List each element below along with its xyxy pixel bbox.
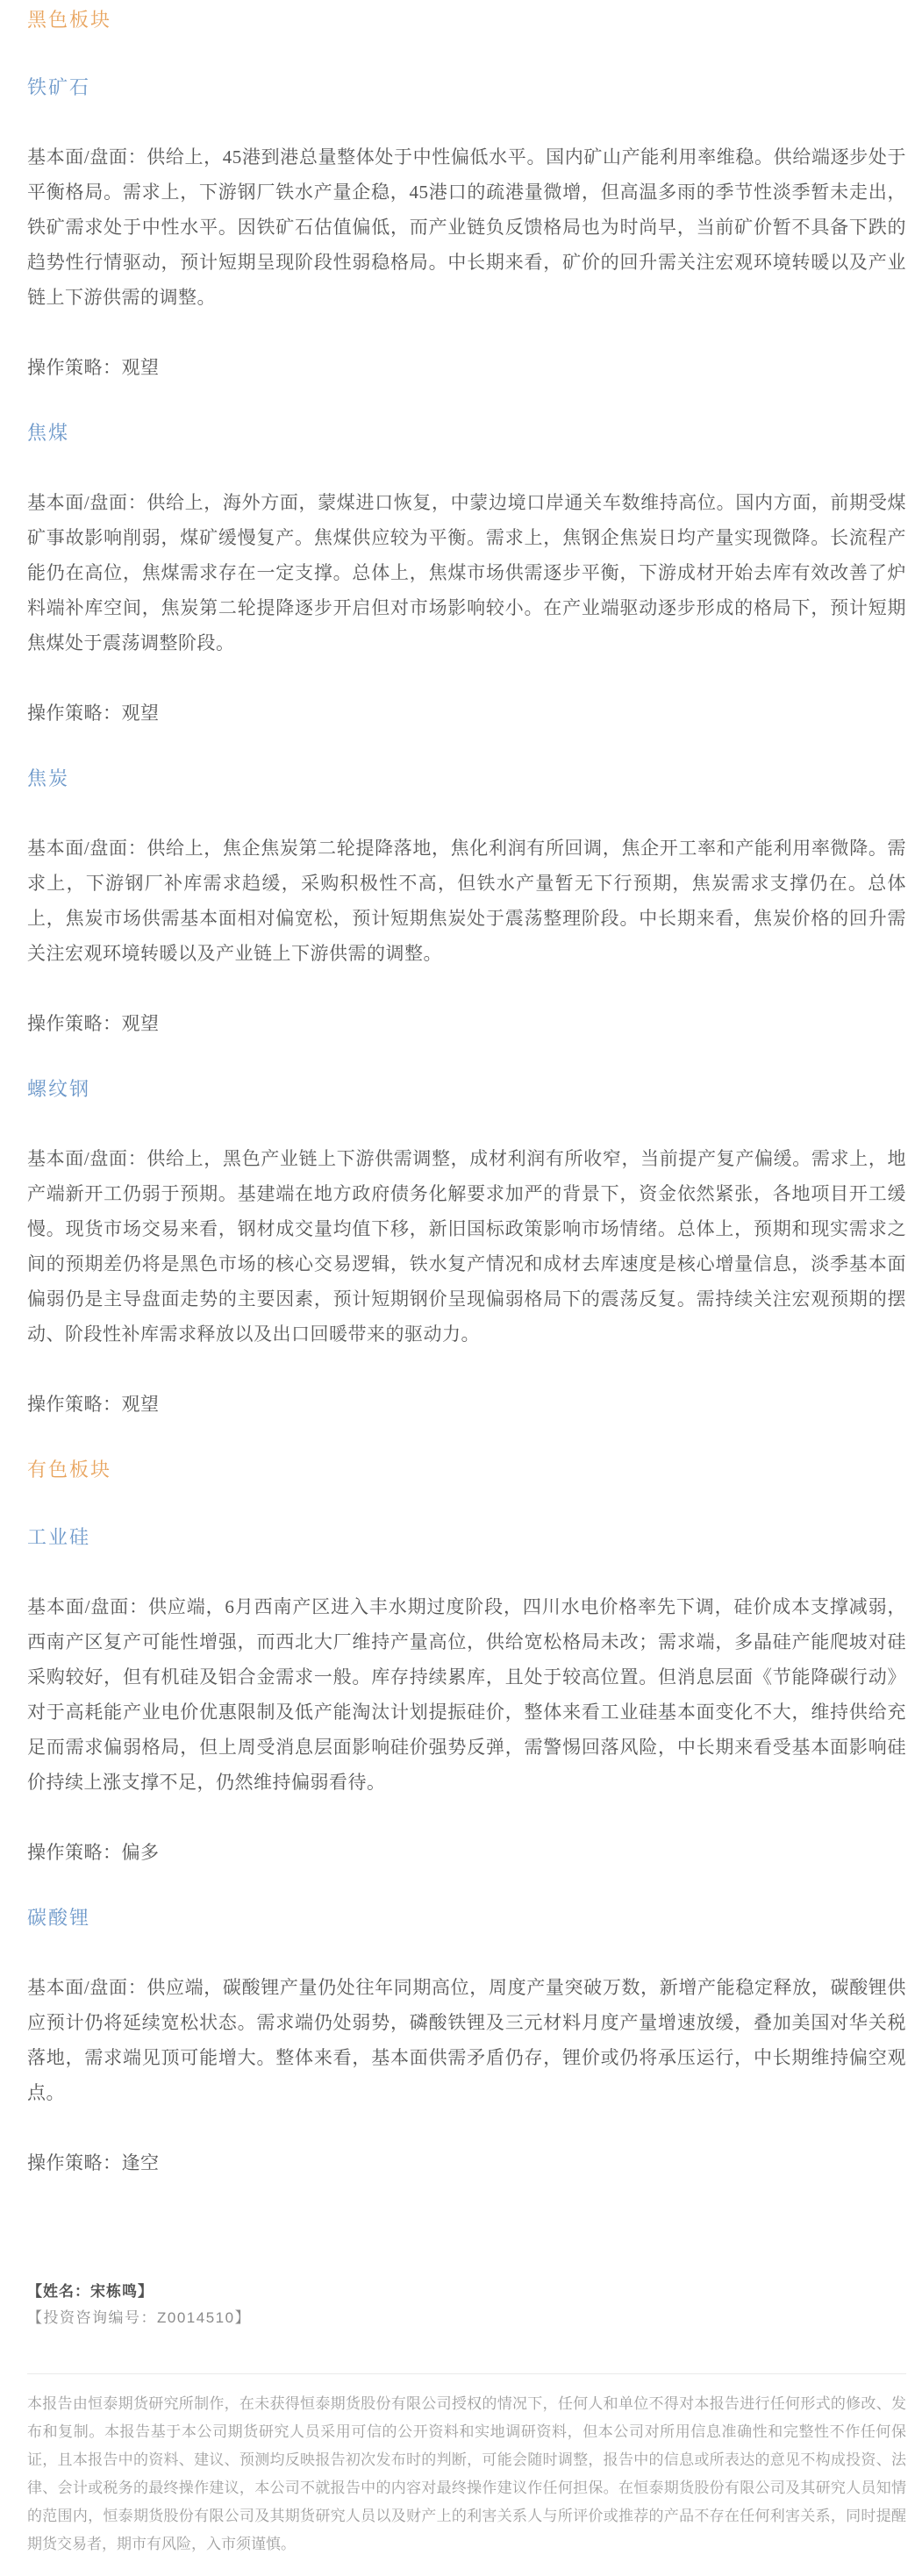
commodity-title-iron-ore: 铁矿石 [27, 75, 906, 101]
strategy-value-lithium-carbonate: 逢空 [122, 2152, 160, 2173]
commodity-title-rebar: 螺纹钢 [27, 1076, 906, 1102]
section-title-nonferrous-sector: 有色板块 [27, 1457, 906, 1483]
analysis-rebar: 基本面/盘面：供给上，黑色产业链上下游供需调整，成材利润有所收窄，当前提产复产偏… [27, 1141, 906, 1352]
commodity-block-lithium-carbonate: 碳酸锂 基本面/盘面：供应端，碳酸锂产量仍处往年同期高位，周度产量突破万数，新增… [27, 1905, 906, 2180]
strategy-label: 操作策略： [27, 703, 122, 724]
commodity-block-iron-ore: 铁矿石 基本面/盘面：供给上，45港到港总量整体处于中性偏低水平。国内矿山产能利… [27, 75, 906, 385]
commodity-block-industrial-silicon: 工业硅 基本面/盘面：供应端，6月西南产区进入丰水期过度阶段，四川水电价格率先下… [27, 1524, 906, 1870]
commodity-block-rebar: 螺纹钢 基本面/盘面：供给上，黑色产业链上下游供需调整，成材利润有所收窄，当前提… [27, 1076, 906, 1422]
author-block: 【姓名：宋栋鸣】 【投资咨询编号：Z0014510】 [27, 2279, 906, 2331]
section-nonferrous-sector: 有色板块 工业硅 基本面/盘面：供应端，6月西南产区进入丰水期过度阶段，四川水电… [27, 1457, 906, 2180]
strategy-label: 操作策略： [27, 1394, 122, 1415]
strategy-value-coke: 观望 [122, 1013, 160, 1034]
analysis-coke: 基本面/盘面：供给上，焦企焦炭第二轮提降落地，焦化利润有所回调，焦企开工率和产能… [27, 831, 906, 971]
commodity-block-coke: 焦炭 基本面/盘面：供给上，焦企焦炭第二轮提降落地，焦化利润有所回调，焦企开工率… [27, 766, 906, 1041]
strategy-line-coke: 操作策略：观望 [27, 1006, 906, 1041]
strategy-label: 操作策略： [27, 357, 122, 378]
report-page: 黑色板块 铁矿石 基本面/盘面：供给上，45港到港总量整体处于中性偏低水平。国内… [0, 0, 922, 2576]
strategy-value-industrial-silicon: 偏多 [122, 1842, 160, 1863]
commodity-block-coking-coal: 焦煤 基本面/盘面：供给上，海外方面，蒙煤进口恢复，中蒙边境口岸通关车数维持高位… [27, 420, 906, 731]
commodity-title-coke: 焦炭 [27, 766, 906, 792]
author-license-number: 【投资咨询编号：Z0014510】 [27, 2305, 906, 2331]
section-black-sector: 黑色板块 铁矿石 基本面/盘面：供给上，45港到港总量整体处于中性偏低水平。国内… [27, 7, 906, 1422]
analysis-industrial-silicon: 基本面/盘面：供应端，6月西南产区进入丰水期过度阶段，四川水电价格率先下调，硅价… [27, 1589, 906, 1800]
author-name: 【姓名：宋栋鸣】 [27, 2279, 906, 2305]
strategy-value-iron-ore: 观望 [122, 357, 160, 378]
strategy-value-coking-coal: 观望 [122, 703, 160, 724]
analysis-coking-coal: 基本面/盘面：供给上，海外方面，蒙煤进口恢复，中蒙边境口岸通关车数维持高位。国内… [27, 485, 906, 660]
strategy-label: 操作策略： [27, 1842, 122, 1863]
strategy-value-rebar: 观望 [122, 1394, 160, 1415]
strategy-label: 操作策略： [27, 1013, 122, 1034]
strategy-label: 操作策略： [27, 2152, 122, 2173]
analysis-iron-ore: 基本面/盘面：供给上，45港到港总量整体处于中性偏低水平。国内矿山产能利用率维稳… [27, 139, 906, 315]
strategy-line-lithium-carbonate: 操作策略：逢空 [27, 2145, 906, 2180]
section-title-black-sector: 黑色板块 [27, 7, 906, 33]
analysis-lithium-carbonate: 基本面/盘面：供应端，碳酸锂产量仍处往年同期高位，周度产量突破万数，新增产能稳定… [27, 1970, 906, 2110]
commodity-title-coking-coal: 焦煤 [27, 420, 906, 446]
disclaimer-text: 本报告由恒泰期货研究所制作，在未获得恒泰期货股份有限公司授权的情况下，任何人和单… [27, 2373, 906, 2558]
commodity-title-industrial-silicon: 工业硅 [27, 1524, 906, 1551]
strategy-line-coking-coal: 操作策略：观望 [27, 696, 906, 731]
strategy-line-industrial-silicon: 操作策略：偏多 [27, 1835, 906, 1870]
commodity-title-lithium-carbonate: 碳酸锂 [27, 1905, 906, 1931]
strategy-line-rebar: 操作策略：观望 [27, 1387, 906, 1422]
strategy-line-iron-ore: 操作策略：观望 [27, 350, 906, 385]
